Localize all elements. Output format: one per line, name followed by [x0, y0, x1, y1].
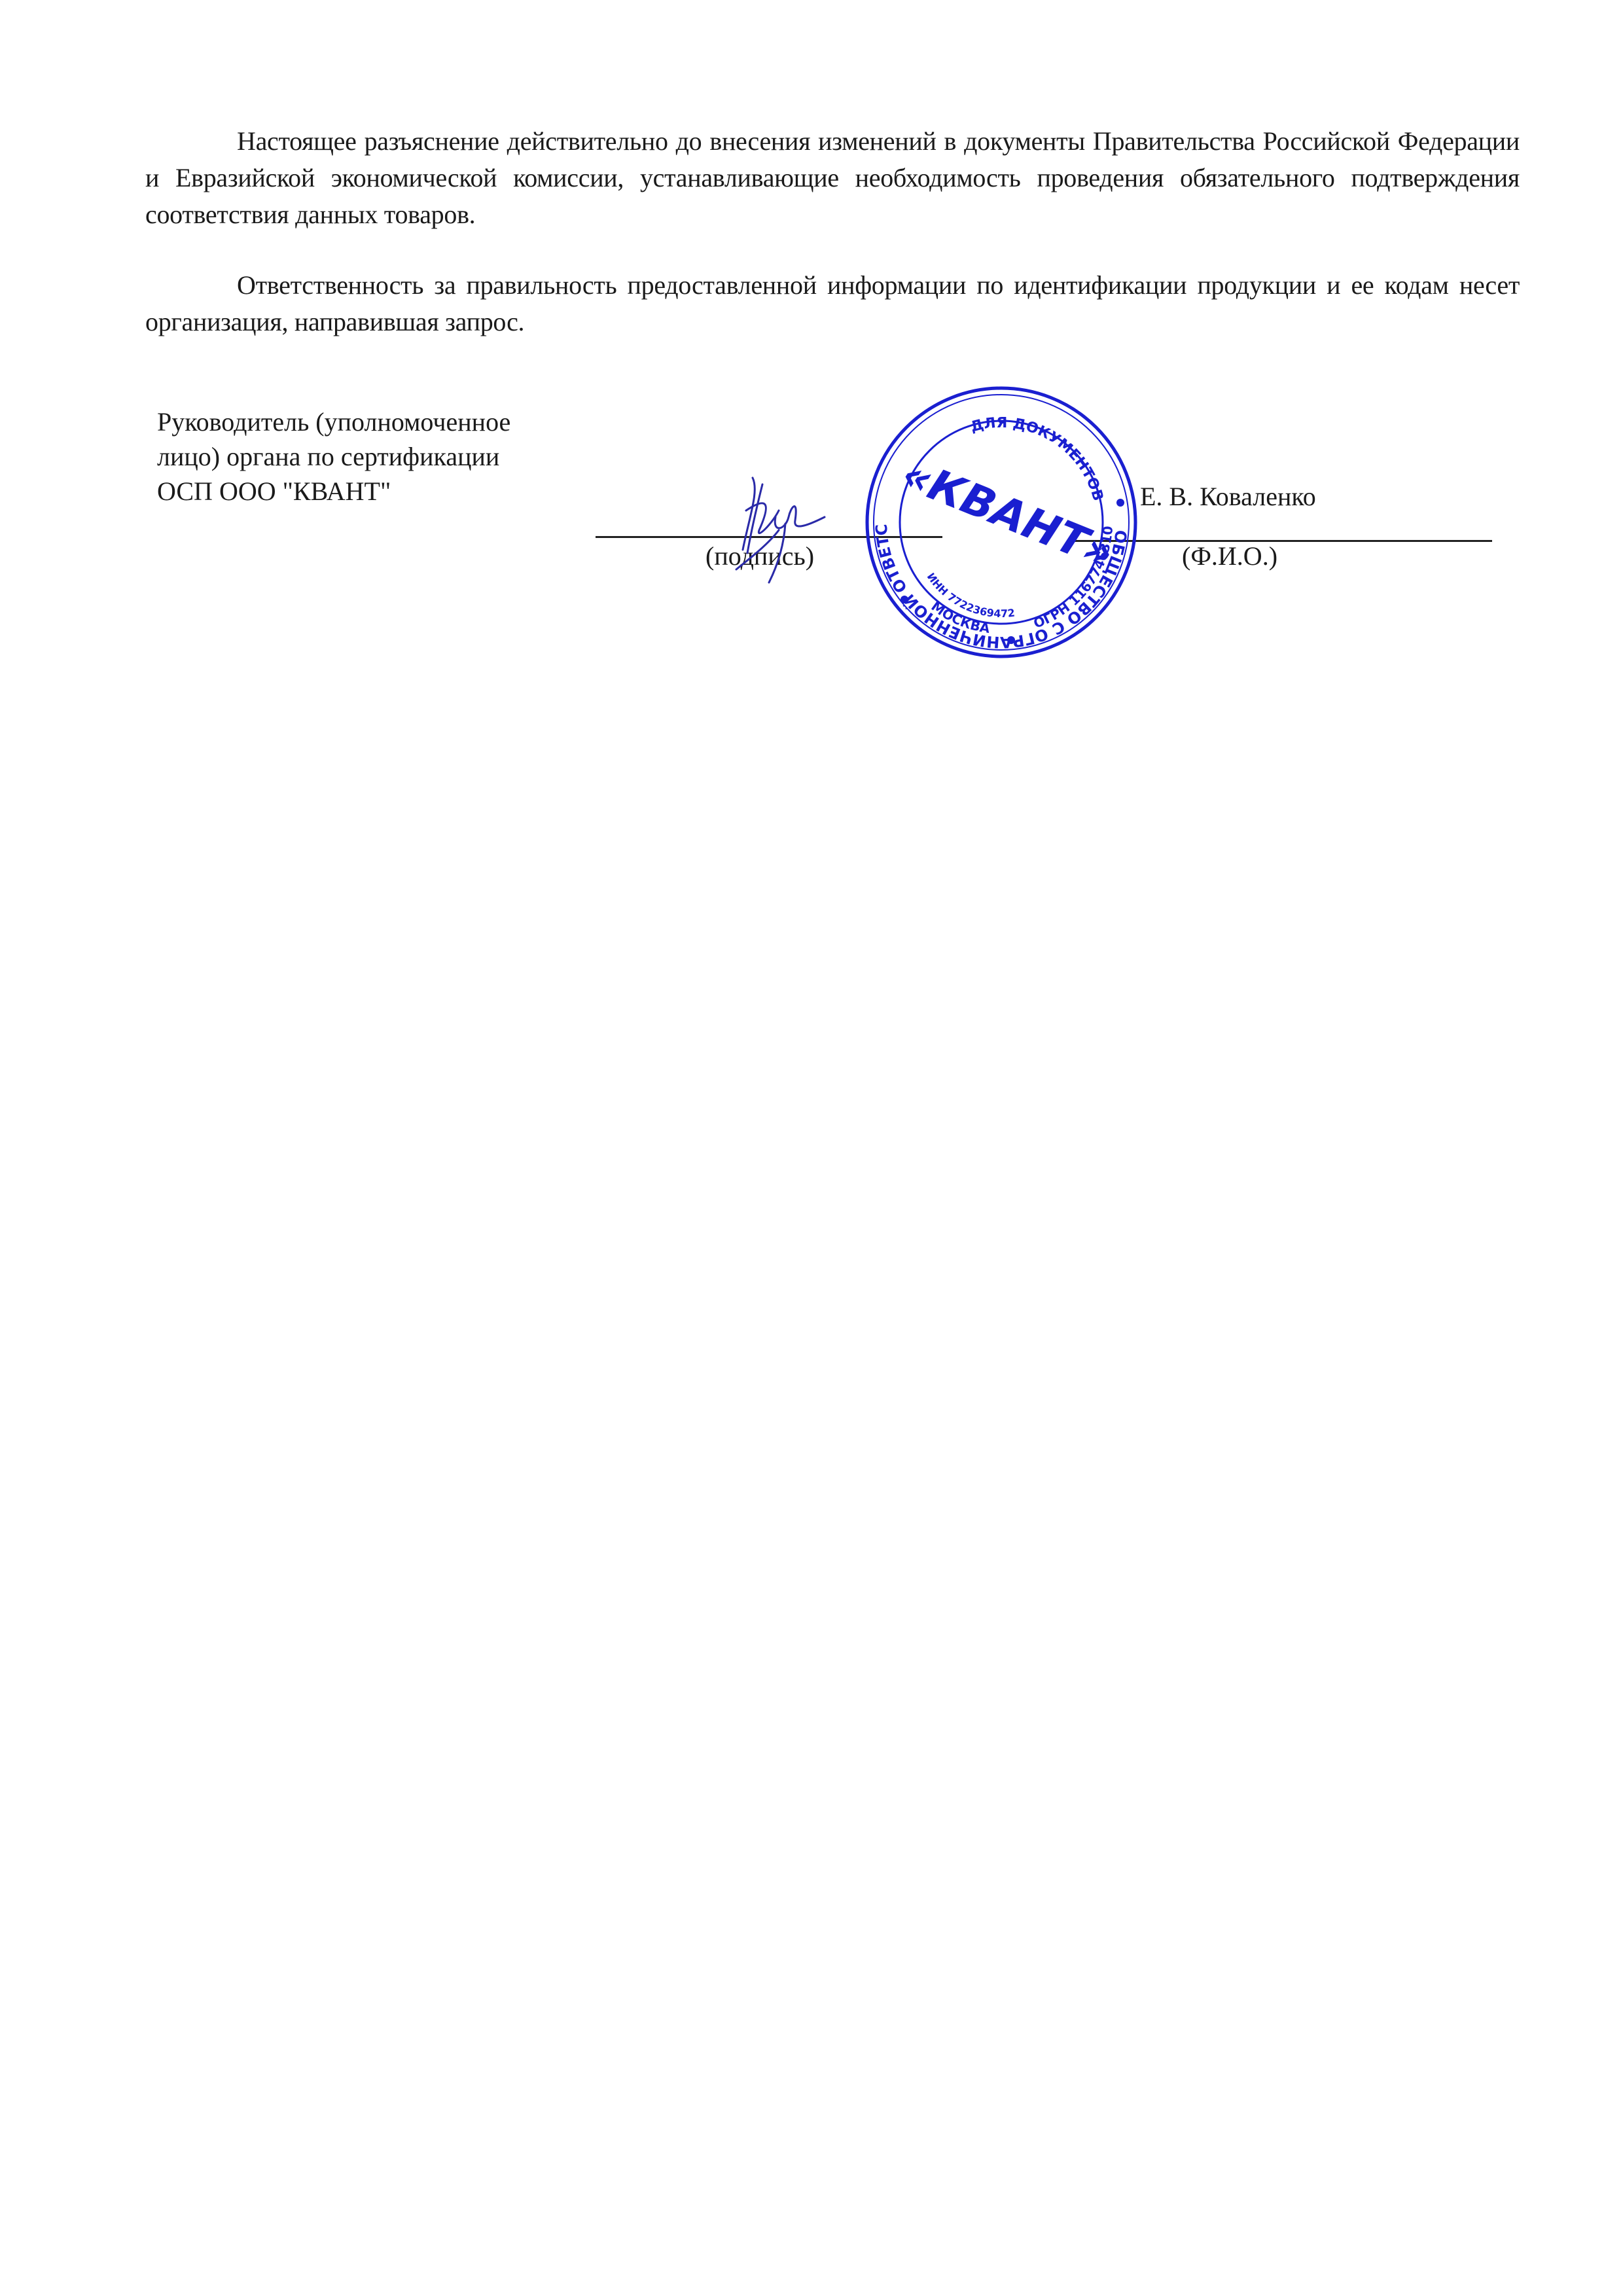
signatory-title: Руководитель (уполномоченное лицо) орган…	[157, 404, 510, 509]
paragraph-text: Ответственность за правильность предоста…	[145, 270, 1520, 336]
stamp-dot	[901, 596, 908, 603]
paragraph-validity-note: Настоящее разъяснение действительно до в…	[145, 123, 1520, 233]
stamp-dot	[1116, 499, 1124, 507]
paragraph-text: Настоящее разъяснение действительно до в…	[145, 126, 1520, 229]
handwritten-signature	[733, 471, 851, 589]
paragraph-responsibility-note: Ответственность за правильность предоста…	[145, 267, 1520, 340]
signatory-title-line: лицо) органа по сертификации	[157, 439, 510, 474]
stamp-dot	[1007, 636, 1015, 644]
signatory-title-line: Руководитель (уполномоченное	[157, 404, 510, 439]
signatory-full-name: Е. В. Коваленко	[1140, 481, 1316, 512]
company-seal-stamp: ОБЩЕСТВО С ОГРАНИЧЕННОЙ ОТВЕТСТВЕННОСТЬЮ…	[851, 372, 1152, 673]
signatory-title-line: ОСП ООО "КВАНТ"	[157, 474, 510, 509]
name-caption: (Ф.И.О.)	[1182, 541, 1277, 571]
